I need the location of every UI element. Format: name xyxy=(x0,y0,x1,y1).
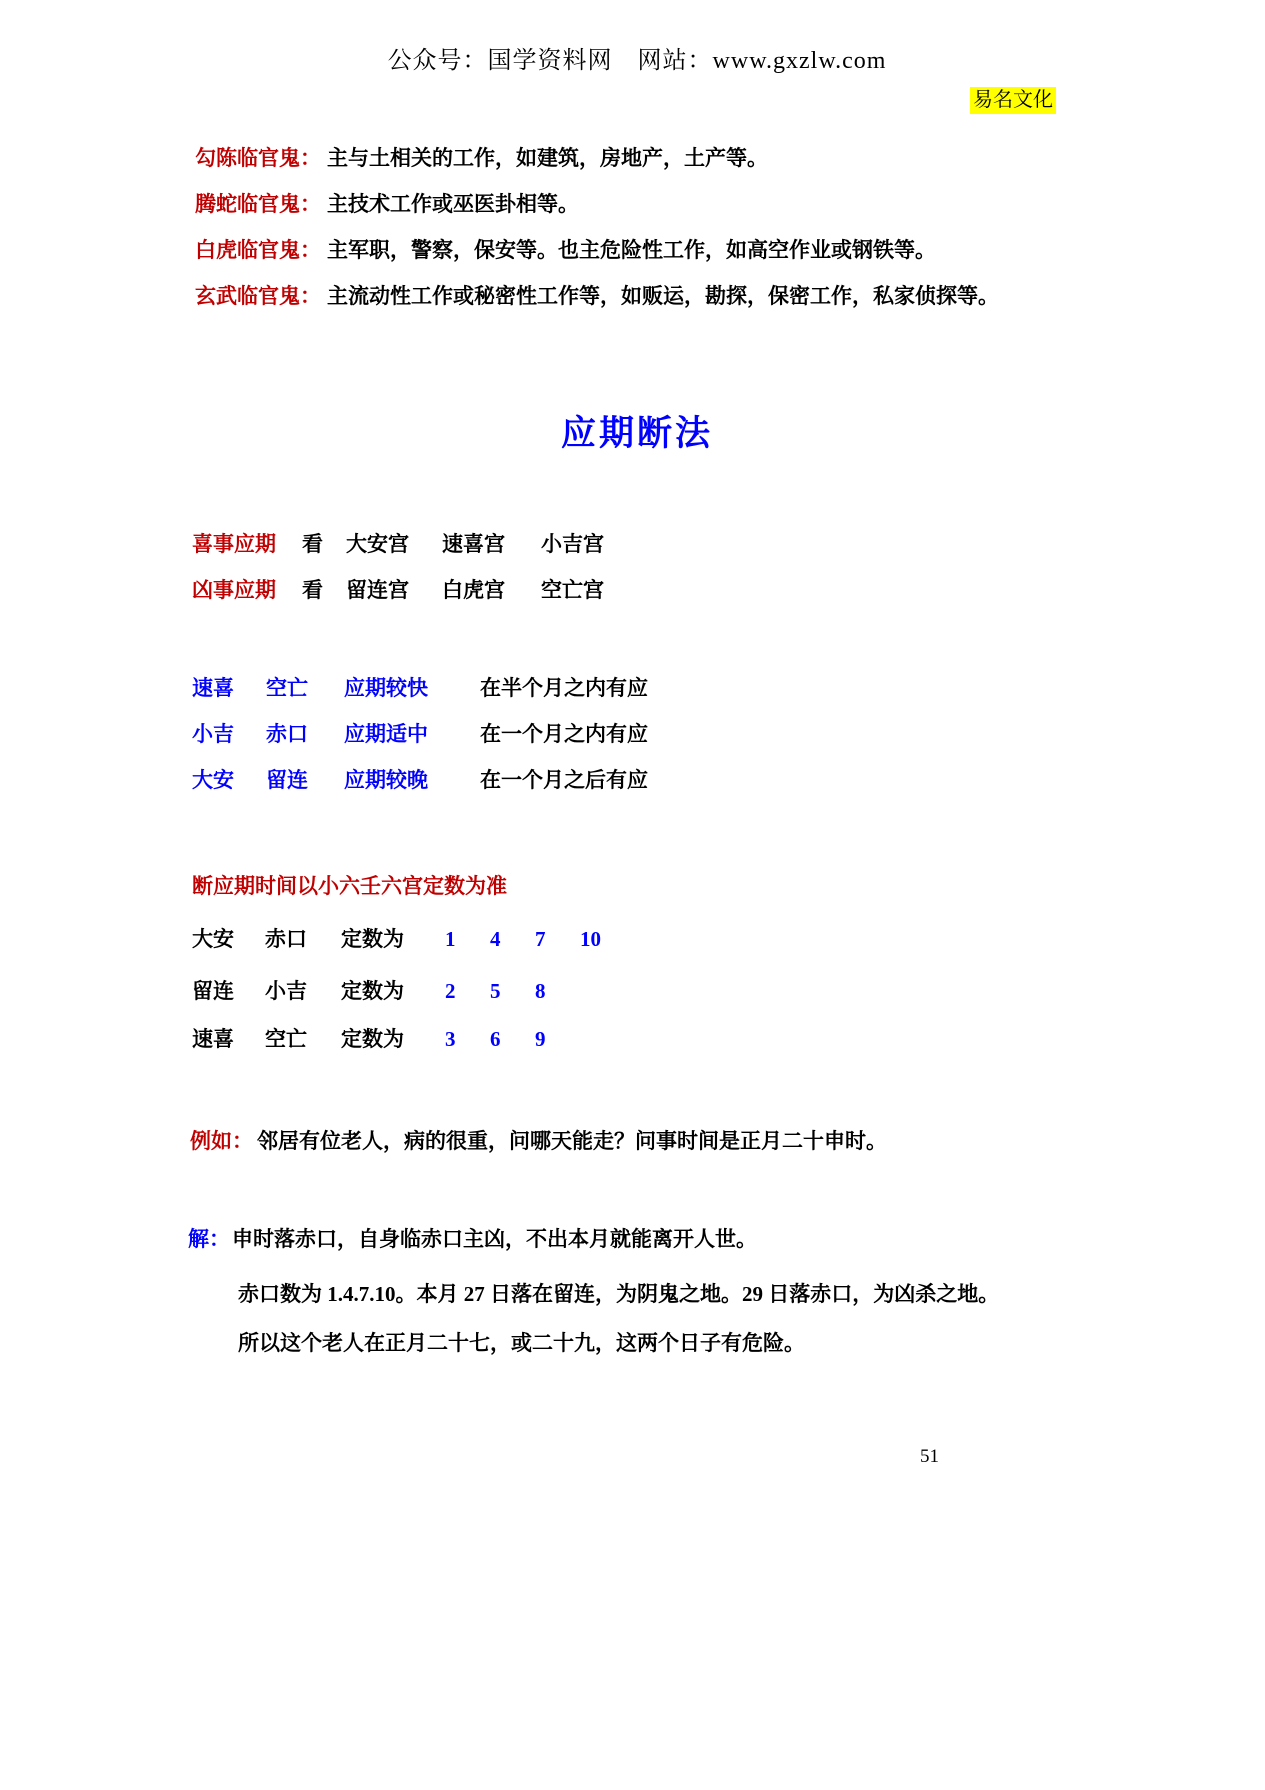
palace-name: 空亡宫 xyxy=(541,577,604,604)
dingshu-number: 10 xyxy=(580,926,601,953)
dingshu-verb: 定数为 xyxy=(341,926,404,953)
speed-row: 速喜空亡应期较快在半个月之内有应 xyxy=(192,675,648,702)
palace-a: 小吉 xyxy=(192,721,234,748)
speed-label: 应期适中 xyxy=(344,721,428,748)
palace-a: 大安 xyxy=(192,767,234,794)
palace-name: 小吉宫 xyxy=(541,531,604,558)
example-text: 邻居有位老人，病的很重，问哪天能走？问事时间是正月二十申时。 xyxy=(257,1128,887,1155)
guishen-label: 玄武临官鬼： xyxy=(195,284,321,308)
example-line: 例如：邻居有位老人，病的很重，问哪天能走？问事时间是正月二十申时。 xyxy=(190,1128,887,1155)
brand-badge: 易名文化 xyxy=(970,87,1056,114)
palace-name: 留连宫 xyxy=(346,577,409,604)
yingqi-verb: 看 xyxy=(302,577,323,604)
speed-row: 小吉赤口应期适中在一个月之内有应 xyxy=(192,721,648,748)
yingqi-row: 凶事应期看留连宫白虎宫空亡宫 xyxy=(192,577,604,604)
guishen-label: 腾蛇临官鬼： xyxy=(195,192,321,216)
guishen-text: 主军职，警察，保安等。也主危险性工作，如高空作业或钢铁等。 xyxy=(327,237,936,264)
yingqi-label: 凶事应期 xyxy=(192,577,276,604)
dingshu-number: 5 xyxy=(490,978,512,1005)
palace-a: 留连 xyxy=(192,978,234,1005)
guishen-text: 主流动性工作或秘密性工作等，如贩运，勘探，保密工作，私家侦探等。 xyxy=(327,283,999,310)
palace-a: 速喜 xyxy=(192,675,234,702)
guishen-line: 白虎临官鬼：主军职，警察，保安等。也主危险性工作，如高空作业或钢铁等。 xyxy=(195,237,936,264)
guishen-text: 主技术工作或巫医卦相等。 xyxy=(327,191,579,218)
dingshu-number: 7 xyxy=(535,926,557,953)
palace-b: 空亡 xyxy=(266,675,308,702)
yingqi-row: 喜事应期看大安宫速喜宫小吉宫 xyxy=(192,531,604,558)
dingshu-header: 断应期时间以小六壬六宫定数为准 xyxy=(192,873,507,900)
yingqi-label: 喜事应期 xyxy=(192,531,276,558)
speed-desc: 在一个月之内有应 xyxy=(480,721,648,748)
solution-line: 所以这个老人在正月二十七，或二十九，这两个日子有危险。 xyxy=(238,1330,805,1357)
guishen-line: 勾陈临官鬼：主与土相关的工作，如建筑，房地产，土产等。 xyxy=(195,145,768,172)
guishen-label: 勾陈临官鬼： xyxy=(195,146,321,170)
section-title: 应期断法 xyxy=(192,406,1082,456)
palace-b: 空亡 xyxy=(265,1026,307,1053)
speed-desc: 在半个月之内有应 xyxy=(480,675,648,702)
speed-desc: 在一个月之后有应 xyxy=(480,767,648,794)
speed-label: 应期较快 xyxy=(344,675,428,702)
guishen-line: 腾蛇临官鬼：主技术工作或巫医卦相等。 xyxy=(195,191,579,218)
speed-row: 大安留连应期较晚在一个月之后有应 xyxy=(192,767,648,794)
solution-text: 申时落赤口，自身临赤口主凶，不出本月就能离开人世。 xyxy=(232,1226,757,1253)
palace-name: 大安宫 xyxy=(346,531,409,558)
yingqi-verb: 看 xyxy=(302,531,323,558)
palace-b: 赤口 xyxy=(266,721,308,748)
solution-line: 解：申时落赤口，自身临赤口主凶，不出本月就能离开人世。 xyxy=(188,1226,757,1253)
guishen-label: 白虎临官鬼： xyxy=(195,238,321,262)
palace-b: 小吉 xyxy=(265,978,307,1005)
dingshu-row: 大安赤口定数为14710 xyxy=(192,926,601,953)
palace-name: 白虎宫 xyxy=(442,577,505,604)
dingshu-number: 6 xyxy=(490,1026,512,1053)
dingshu-number: 9 xyxy=(535,1026,546,1053)
dingshu-row: 留连小吉定数为258 xyxy=(192,978,546,1005)
document-page: 公众号：国学资料网 网站：www.gxzlw.com 易名文化 勾陈临官鬼：主与… xyxy=(0,0,1265,1790)
palace-a: 速喜 xyxy=(192,1026,234,1053)
dingshu-verb: 定数为 xyxy=(341,978,404,1005)
dingshu-number: 2 xyxy=(445,978,467,1005)
page-header: 公众号：国学资料网 网站：www.gxzlw.com xyxy=(192,40,1082,75)
palace-b: 留连 xyxy=(266,767,308,794)
solution-line: 赤口数为 1.4.7.10。本月 27 日落在留连，为阴鬼之地。29 日落赤口，… xyxy=(238,1281,999,1308)
dingshu-verb: 定数为 xyxy=(341,1026,404,1053)
dingshu-number: 3 xyxy=(445,1026,467,1053)
guishen-text: 主与土相关的工作，如建筑，房地产，土产等。 xyxy=(327,145,768,172)
guishen-line: 玄武临官鬼：主流动性工作或秘密性工作等，如贩运，勘探，保密工作，私家侦探等。 xyxy=(195,283,999,310)
palace-a: 大安 xyxy=(192,926,234,953)
dingshu-number: 8 xyxy=(535,978,546,1005)
page-number: 51 xyxy=(920,1446,939,1468)
dingshu-row: 速喜空亡定数为369 xyxy=(192,1026,546,1053)
dingshu-number: 4 xyxy=(490,926,512,953)
palace-b: 赤口 xyxy=(265,926,307,953)
example-label: 例如： xyxy=(190,1129,253,1153)
dingshu-number: 1 xyxy=(445,926,467,953)
palace-name: 速喜宫 xyxy=(442,531,505,558)
solution-label: 解： xyxy=(188,1227,230,1251)
speed-label: 应期较晚 xyxy=(344,767,428,794)
